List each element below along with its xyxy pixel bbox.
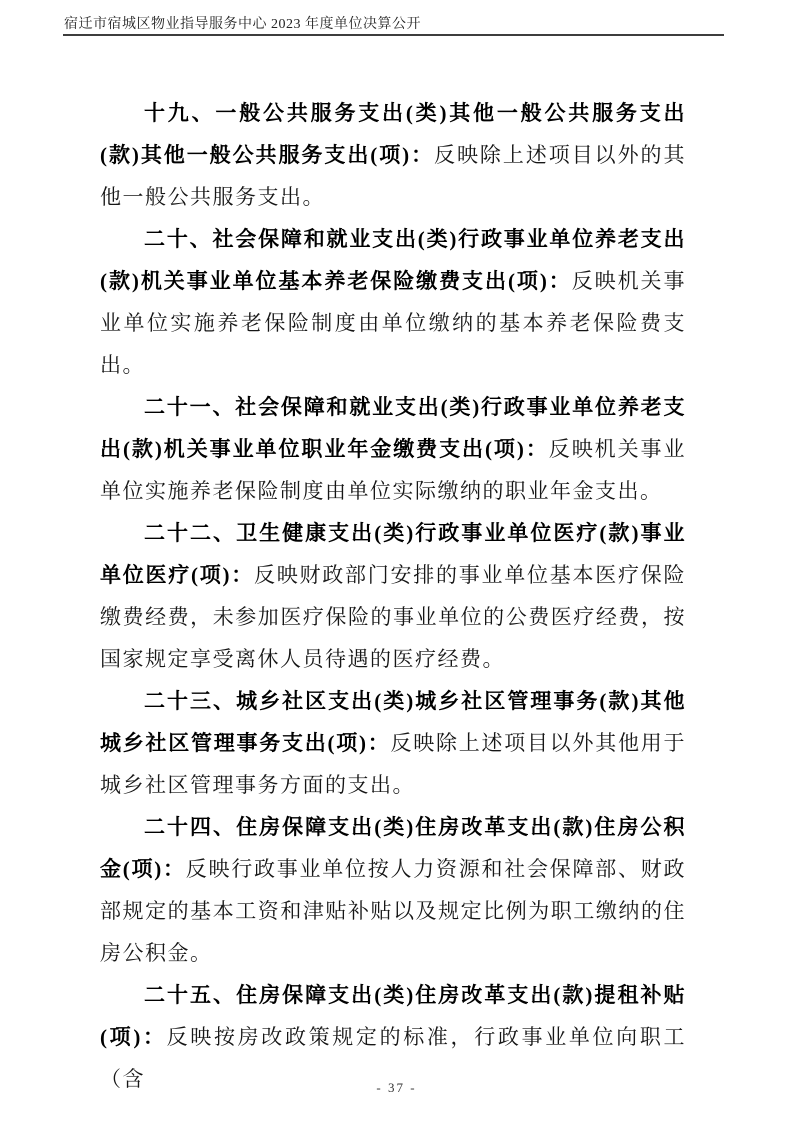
paragraph: 二十一、社会保障和就业支出(类)行政事业单位养老支出(款)机关事业单位职业年金缴… xyxy=(100,386,686,512)
paragraph: 十九、一般公共服务支出(类)其他一般公共服务支出(款)其他一般公共服务支出(项)… xyxy=(100,92,686,218)
document-page: 宿迁市宿城区物业指导服务中心 2023 年度单位决算公开 十九、一般公共服务支出… xyxy=(0,0,793,1122)
paragraph: 二十三、城乡社区支出(类)城乡社区管理事务(款)其他城乡社区管理事务支出(项)：… xyxy=(100,680,686,806)
paragraph: 二十二、卫生健康支出(类)行政事业单位医疗(款)事业单位医疗(项)：反映财政部门… xyxy=(100,512,686,680)
header-title: 宿迁市宿城区物业指导服务中心 2023 年度单位决算公开 xyxy=(64,13,421,33)
paragraph: 二十、社会保障和就业支出(类)行政事业单位养老支出(款)机关事业单位基本养老保险… xyxy=(100,218,686,386)
paragraph: 二十四、住房保障支出(类)住房改革支出(款)住房公积金(项)：反映行政事业单位按… xyxy=(100,806,686,974)
header-divider xyxy=(63,34,724,36)
document-body: 十九、一般公共服务支出(类)其他一般公共服务支出(款)其他一般公共服务支出(项)… xyxy=(100,92,686,1100)
paragraph-text: 反映行政事业单位按人力资源和社会保障部、财政部规定的基本工资和津贴补贴以及规定比… xyxy=(100,857,686,965)
page-number: - 37 - xyxy=(0,1080,793,1096)
